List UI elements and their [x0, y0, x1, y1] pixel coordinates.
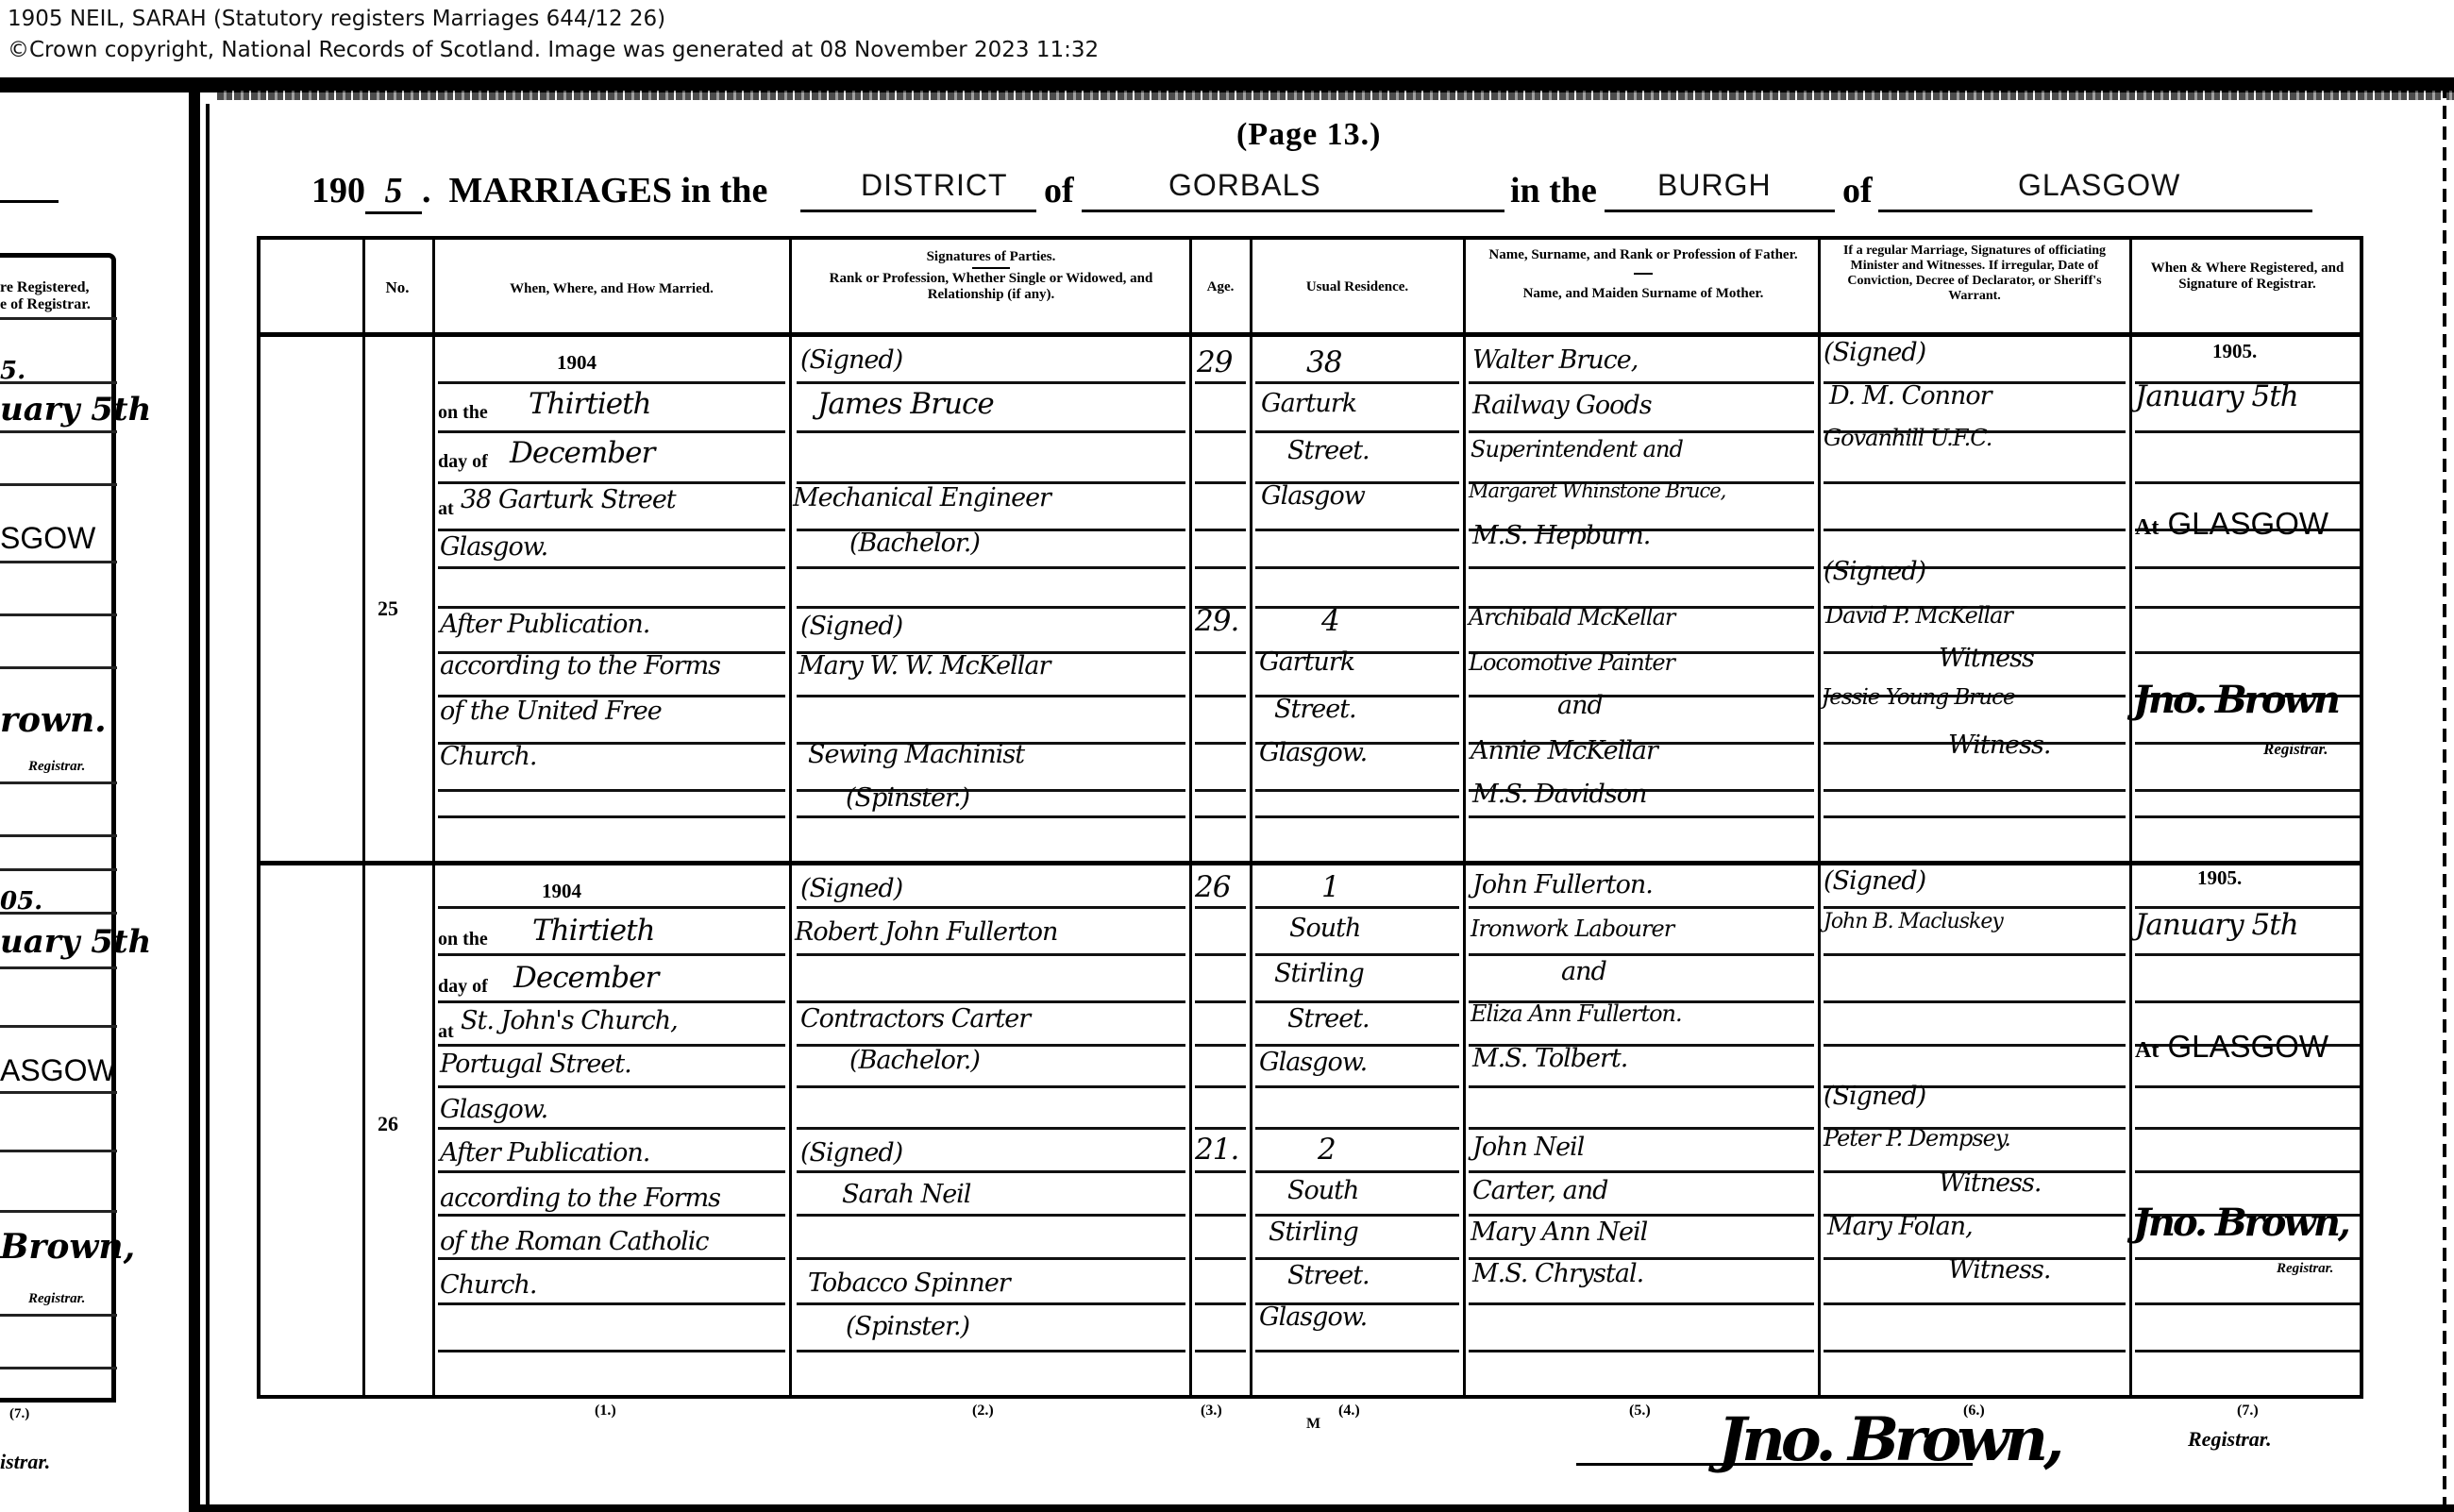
ruled-line [1469, 430, 1814, 433]
ruled-line [438, 1257, 785, 1260]
ruled-line [438, 1127, 785, 1130]
header-divider [257, 332, 2363, 337]
left-page-column-number: (7.) [9, 1406, 29, 1422]
ruled-line [797, 953, 1185, 956]
ruled-line [1255, 815, 1459, 818]
ruled-line [1195, 1350, 1246, 1352]
ruled-line [797, 1085, 1185, 1088]
ruled-line [797, 1127, 1185, 1130]
header-age: Age. [1191, 279, 1250, 295]
ruled-line [438, 1044, 785, 1047]
ruled-line [1469, 695, 1814, 697]
ruled-line [2135, 651, 2360, 654]
ruled-line [438, 1085, 785, 1088]
ruled-line [797, 695, 1185, 697]
record-caption: 1905 NEIL, SARAH (Statutory registers Ma… [8, 4, 1099, 66]
ruled-line [438, 1302, 785, 1305]
burgh-type: BURGH [1657, 168, 1772, 203]
ruled-line [1255, 1044, 1459, 1047]
scan-bottom-border [198, 1504, 2454, 1512]
ruled-line [1824, 906, 2126, 909]
ruled-line [1255, 529, 1459, 531]
ruled-line [1255, 1257, 1459, 1260]
header-residence: Usual Residence. [1252, 279, 1463, 295]
ruled-line [1255, 606, 1459, 609]
ruled-line [1255, 953, 1459, 956]
ruled-line [1824, 1044, 2126, 1047]
ruled-line [1195, 1085, 1246, 1088]
ruled-line [1469, 815, 1814, 818]
ruled-line [1195, 566, 1246, 569]
ruled-line [2135, 815, 2360, 818]
ruled-line [1255, 381, 1459, 384]
copyright-notice: ©Crown copyright, National Records of Sc… [8, 35, 1099, 66]
ruled-line [797, 1302, 1185, 1305]
header-parties: Signatures of Parties.Rank or Profession… [793, 249, 1189, 303]
ruled-line [1255, 1000, 1459, 1003]
ruled-line [1824, 789, 2126, 792]
ruled-line [438, 430, 785, 433]
left-page-date-1: uary 5th [0, 391, 151, 428]
ruled-line [1255, 789, 1459, 792]
registration-date: January 5th [2135, 379, 2298, 413]
ruled-line [1255, 430, 1459, 433]
ruled-line [1195, 651, 1246, 654]
ruled-line [1195, 1214, 1246, 1217]
left-page-footer: istrar. [0, 1450, 50, 1474]
ruled-line [797, 1257, 1185, 1260]
header-parents: Name, Surname, and Rank or Profession of… [1469, 247, 1818, 302]
ruled-line [797, 1000, 1185, 1003]
ruled-line [1195, 430, 1246, 433]
ruled-line [1469, 1170, 1814, 1173]
ruled-line [1195, 1127, 1246, 1130]
left-page-header: re Registered, e of Registrar. [0, 279, 91, 313]
ruled-line [438, 481, 785, 484]
title-of-2: of [1842, 170, 1873, 211]
minister-name: John B. Macluskey [1824, 910, 2003, 933]
entry-number: 26 [378, 1112, 398, 1136]
ruled-line [438, 1350, 785, 1352]
header-when-where: When, Where, and How Married. [434, 281, 789, 297]
district-name: GORBALS [1168, 168, 1321, 203]
registration-date: January 5th [2135, 908, 2298, 942]
ruled-line [2135, 1000, 2360, 1003]
ruled-line [1824, 1302, 2126, 1305]
ruled-line [1255, 1214, 1459, 1217]
minister-name: D. M. Connor [1829, 381, 1992, 411]
ruled-line [438, 1000, 785, 1003]
page-number: (Page 13.) [1236, 117, 1382, 153]
ruled-line [1195, 481, 1246, 484]
ruled-line [1824, 1350, 2126, 1352]
entry-number: 25 [378, 596, 398, 621]
ruled-line [797, 815, 1185, 818]
left-page-rule [0, 200, 59, 203]
ruled-line [1255, 1127, 1459, 1130]
ruled-line [1469, 1127, 1814, 1130]
left-page-place-1: SGOW [0, 521, 95, 556]
column-number-3: (3.) [1201, 1403, 1222, 1420]
ruled-line [1195, 742, 1246, 745]
ruled-line [1195, 381, 1246, 384]
ruled-line [797, 606, 1185, 609]
ruled-line [1195, 1170, 1246, 1173]
ruled-line [438, 1214, 785, 1217]
ruled-line [2135, 1257, 2360, 1260]
bride-name: Mary W. W. McKellar [798, 651, 1050, 680]
column-number-4: (4.) [1338, 1403, 1360, 1420]
registration-place: At GLASGOW [2135, 506, 2328, 542]
ruled-line [438, 606, 785, 609]
ruled-line [2135, 430, 2360, 433]
footer-registrar-signature: Jno. Brown, [1718, 1404, 2059, 1475]
form-title-text: MARRIAGES in the [449, 171, 768, 210]
ruled-line [797, 906, 1185, 909]
burgh-name: GLASGOW [2018, 168, 2180, 203]
ruled-line [1824, 815, 2126, 818]
ruled-line [797, 381, 1185, 384]
ruled-line [797, 1350, 1185, 1352]
ruled-line [1469, 1350, 1814, 1352]
registrar-signature: Jno. Brown [2133, 678, 2338, 722]
ruled-line [2135, 481, 2360, 484]
ruled-line [2135, 1085, 2360, 1088]
ruled-line [1195, 529, 1246, 531]
column-number-1: (1.) [595, 1403, 616, 1420]
ruled-line [1195, 695, 1246, 697]
ruled-line [1255, 566, 1459, 569]
form-title: 1905. MARRIAGES in the [311, 170, 767, 214]
left-page-place-2: ASGOW [0, 1053, 116, 1088]
ruled-line [1469, 1085, 1814, 1088]
ruled-line [2135, 566, 2360, 569]
ruled-line [2135, 1302, 2360, 1305]
ruled-line [1469, 1214, 1814, 1217]
ruled-line [438, 815, 785, 818]
ruled-line [1195, 815, 1246, 818]
book-spine [189, 92, 200, 1512]
ruled-line [2135, 789, 2360, 792]
ruled-line [2135, 953, 2360, 956]
scan-right-edge [2443, 85, 2446, 1512]
column-number-2: (2.) [972, 1403, 994, 1420]
title-of-1: of [1044, 170, 1074, 211]
ruled-line [797, 1214, 1185, 1217]
ruled-line [1824, 529, 2126, 531]
ruled-line [1824, 481, 2126, 484]
bride-name: Sarah Neil [842, 1180, 970, 1209]
form-year-suffix: 5 [365, 170, 422, 214]
ruled-line [1195, 1044, 1246, 1047]
record-title: 1905 NEIL, SARAH (Statutory registers Ma… [8, 4, 1099, 35]
registrar-signature: Jno. Brown, [2133, 1201, 2348, 1245]
footer-mark: M [1306, 1416, 1320, 1433]
column-number-5: (5.) [1629, 1403, 1651, 1420]
book-spine-inner [206, 104, 210, 1512]
ruled-line [2135, 1127, 2360, 1130]
ruled-line [1469, 566, 1814, 569]
ruled-line [797, 1170, 1185, 1173]
ruled-line [797, 566, 1185, 569]
ruled-line [438, 953, 785, 956]
header-registered: When & Where Registered, and Signature o… [2131, 260, 2363, 293]
ruled-line [2135, 1350, 2360, 1352]
scan-top-noise [217, 91, 2454, 100]
district-type: DISTRICT [861, 168, 1008, 203]
ruled-line [1195, 1257, 1246, 1260]
registration-place: At GLASGOW [2135, 1029, 2328, 1065]
ruled-line [1469, 1302, 1814, 1305]
ruled-line [438, 906, 785, 909]
header-no: No. [362, 279, 432, 295]
column-number-7: (7.) [2237, 1403, 2259, 1420]
ruled-line [438, 1170, 785, 1173]
title-in-the: in the [1510, 170, 1597, 211]
left-page-signature-2: Brown, [0, 1227, 135, 1267]
ruled-line [1195, 1000, 1246, 1003]
ruled-line [1469, 381, 1814, 384]
ruled-line [1255, 1170, 1459, 1173]
left-page-signature-1: rown. [0, 700, 107, 740]
ruled-line [1824, 953, 2126, 956]
ruled-line [797, 430, 1185, 433]
ruled-line [1195, 789, 1246, 792]
footer-registrar-label: Registrar. [2188, 1427, 2272, 1452]
ruled-line [1255, 1350, 1459, 1352]
ruled-line [1469, 906, 1814, 909]
ruled-line [1195, 953, 1246, 956]
ruled-line [438, 789, 785, 792]
ruled-line [438, 566, 785, 569]
entry-divider [257, 861, 2363, 865]
ruled-line [1195, 906, 1246, 909]
ruled-line [438, 529, 785, 531]
ruled-line [1255, 1085, 1459, 1088]
ruled-line [2135, 606, 2360, 609]
ruled-line [1824, 1000, 2126, 1003]
ruled-line [1255, 906, 1459, 909]
left-page-date-2: uary 5th [0, 923, 151, 961]
ruled-line [1195, 1302, 1246, 1305]
ruled-line [438, 381, 785, 384]
ruled-line [1469, 953, 1814, 956]
groom-name: Robert John Fullerton [795, 917, 1057, 947]
header-minister-witnesses: If a regular Marriage, Signatures of off… [1820, 244, 2129, 304]
ruled-line [2135, 1170, 2360, 1173]
groom-name: James Bruce [817, 387, 994, 421]
